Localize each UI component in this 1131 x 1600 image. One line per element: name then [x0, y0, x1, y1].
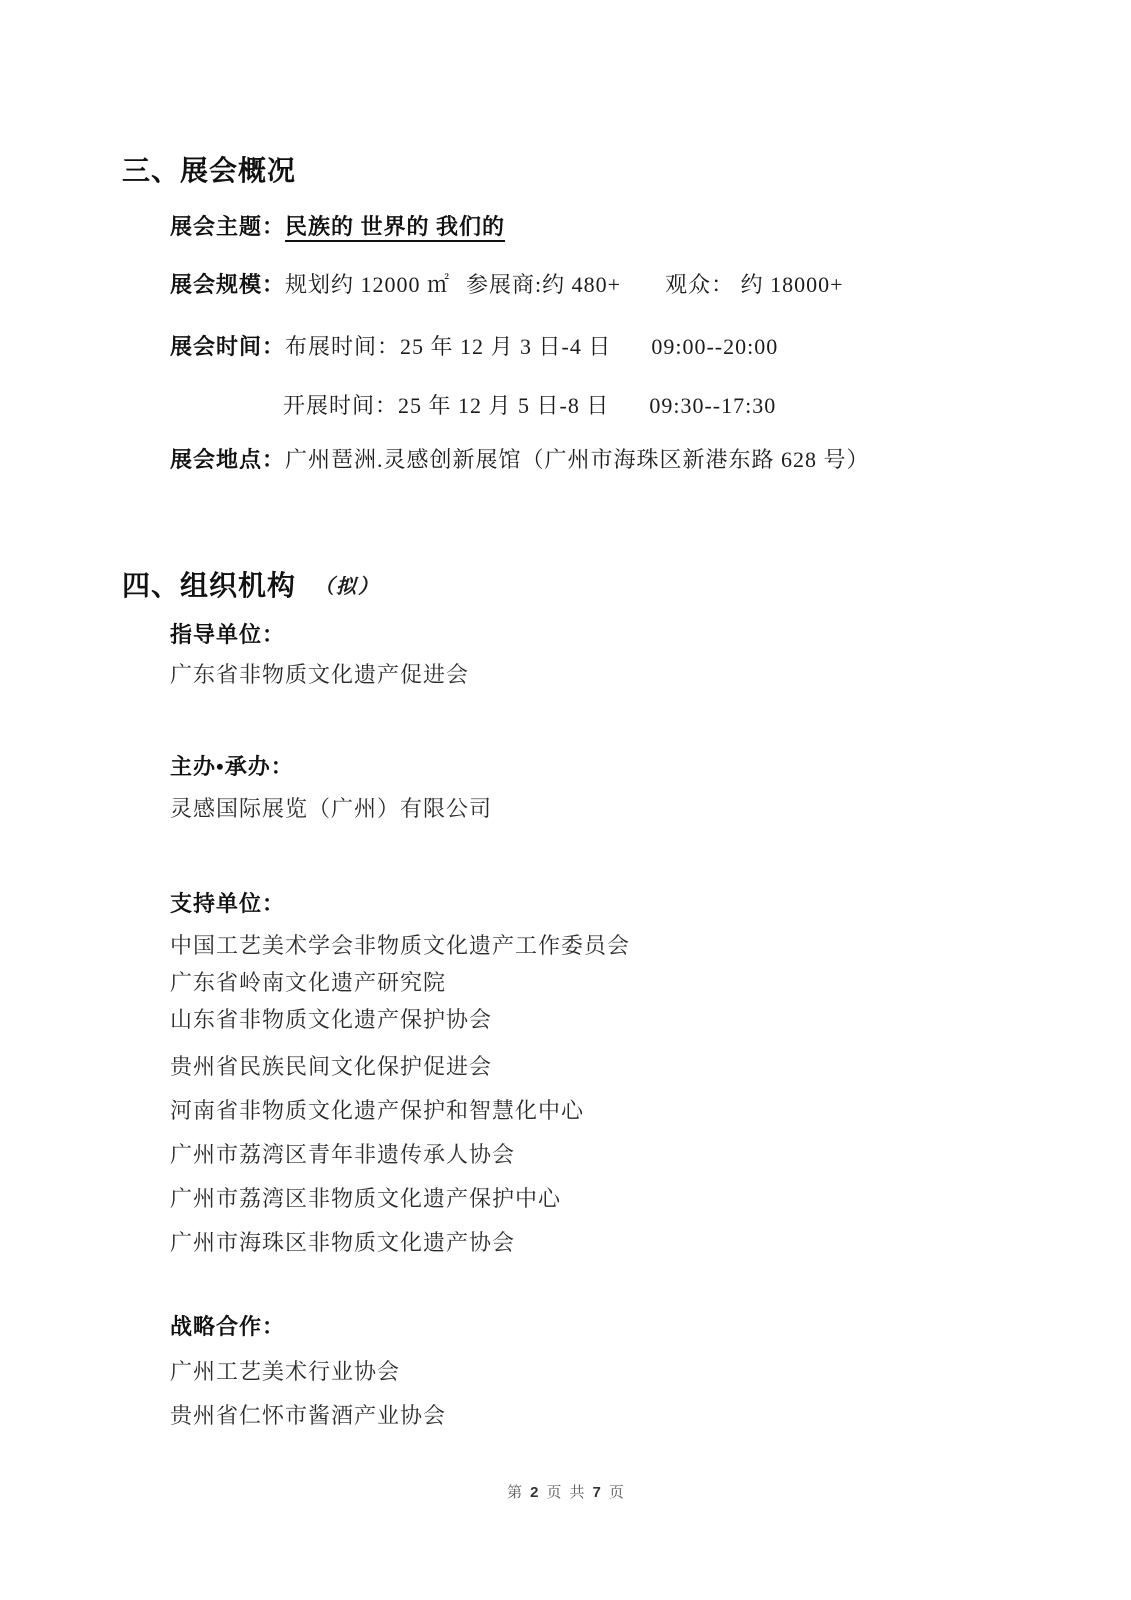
- support-unit-item: 贵州省民族民间文化保护促进会: [170, 1053, 630, 1080]
- host-unit-item: 灵感国际展览（广州）有限公司: [170, 795, 492, 822]
- support-unit-item: 山东省非物质文化遗产保护协会: [170, 1006, 630, 1033]
- scale-exhibitors: 参展商:约 480+: [466, 272, 621, 297]
- theme-value: 民族的 世界的 我们的: [285, 214, 505, 239]
- guidance-label-row: 指导单位：: [170, 621, 285, 649]
- footer-total-pages: 7: [593, 1484, 601, 1501]
- host-label-row: 主办•承办：: [170, 753, 294, 781]
- document-page: 三、展会概况 展会主题：民族的 世界的 我们的 展会规模：规划约 12000 ㎡…: [0, 0, 1131, 1600]
- footer-word-page2: 页: [609, 1485, 624, 1501]
- page-footer: 第2页共7页: [0, 1481, 1131, 1502]
- host-unit-list: 灵感国际展览（广州）有限公司: [170, 795, 492, 822]
- section-heading-organization: 四、组织机构: [122, 570, 296, 601]
- support-unit-item: 中国工艺美术学会非物质文化遗产工作委员会: [170, 932, 630, 959]
- time-setup-row: 展会时间：布展时间：25 年 12 月 3 日-4 日09:00--20:00: [170, 333, 778, 361]
- guidance-unit-list: 广东省非物质文化遗产促进会: [170, 661, 469, 688]
- guidance-unit-item: 广东省非物质文化遗产促进会: [170, 661, 469, 688]
- scale-visitors: 观众： 约 18000+: [665, 272, 843, 297]
- support-unit-item: 广东省岭南文化遗产研究院: [170, 969, 630, 996]
- strategic-unit-item: 广州工艺美术行业协会: [170, 1358, 446, 1385]
- theme-row: 展会主题：民族的 世界的 我们的: [170, 213, 505, 241]
- strategic-label: 战略合作：: [170, 1314, 285, 1339]
- footer-current-page: 2: [530, 1484, 538, 1501]
- venue-value: 广州琶洲.灵感创新展馆（广州市海珠区新港东路 628 号）: [285, 447, 870, 472]
- scale-label: 展会规模：: [170, 272, 285, 297]
- strategic-label-row: 战略合作：: [170, 1313, 285, 1341]
- open-time-text: 开展时间：25 年 12 月 5 日-8 日: [283, 393, 609, 418]
- open-hours: 09:30--17:30: [649, 393, 776, 418]
- footer-word-prefix: 第: [507, 1485, 522, 1501]
- organization-draft-note: （拟）: [314, 576, 380, 598]
- setup-hours: 09:00--20:00: [651, 334, 778, 359]
- support-unit-item: 广州市荔湾区青年非遗传承人协会: [170, 1141, 630, 1168]
- section-heading-organization-row: 四、组织机构（拟）: [122, 564, 380, 604]
- time-label: 展会时间：: [170, 334, 285, 359]
- venue-row: 展会地点：广州琶洲.灵感创新展馆（广州市海珠区新港东路 628 号）: [170, 446, 870, 474]
- support-label-row: 支持单位：: [170, 890, 285, 918]
- host-label: 主办•承办：: [170, 754, 294, 779]
- time-open-row: 开展时间：25 年 12 月 5 日-8 日09:30--17:30: [283, 392, 776, 420]
- guidance-label: 指导单位：: [170, 622, 285, 647]
- footer-word-total: 共: [570, 1485, 585, 1501]
- support-unit-list: 中国工艺美术学会非物质文化遗产工作委员会 广东省岭南文化遗产研究院 山东省非物质…: [170, 932, 630, 1256]
- support-unit-item: 河南省非物质文化遗产保护和智慧化中心: [170, 1097, 630, 1124]
- support-unit-item: 广州市荔湾区非物质文化遗产保护中心: [170, 1185, 630, 1212]
- footer-word-page: 页: [546, 1485, 561, 1501]
- strategic-unit-list: 广州工艺美术行业协会 贵州省仁怀市酱酒产业协会: [170, 1358, 446, 1429]
- setup-time-text: 布展时间：25 年 12 月 3 日-4 日: [285, 334, 611, 359]
- support-unit-item: 广州市海珠区非物质文化遗产协会: [170, 1229, 630, 1256]
- scale-area: 规划约 12000 ㎡: [285, 272, 450, 297]
- theme-label: 展会主题：: [170, 214, 285, 239]
- section-heading-overview: 三、展会概况: [122, 149, 296, 189]
- support-label: 支持单位：: [170, 891, 285, 916]
- strategic-unit-item: 贵州省仁怀市酱酒产业协会: [170, 1402, 446, 1429]
- venue-label: 展会地点：: [170, 447, 285, 472]
- scale-row: 展会规模：规划约 12000 ㎡参展商:约 480+观众： 约 18000+: [170, 271, 843, 299]
